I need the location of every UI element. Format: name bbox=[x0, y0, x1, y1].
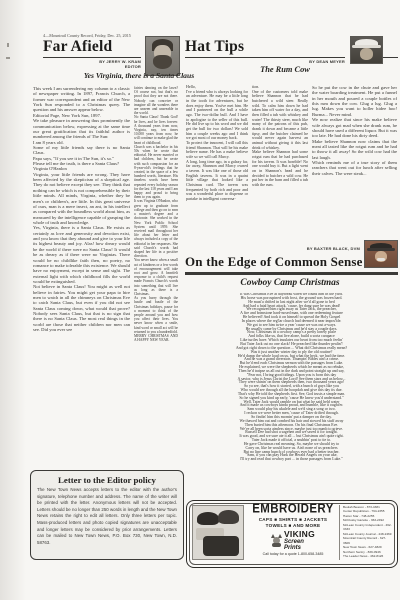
cap-detail bbox=[218, 510, 239, 524]
caps-product-photo bbox=[192, 505, 244, 560]
yes-virginia-headline: Yes Virginia, there is a Santa Claus bbox=[40, 71, 238, 80]
scan-mark bbox=[7, 43, 9, 47]
divider bbox=[383, 57, 398, 58]
far-afield-title: Far Afield bbox=[43, 38, 112, 56]
ad-papers-list: Beulah Beacon - 873-4381 Center Republic… bbox=[339, 505, 393, 560]
poem-title: Cowboy Camp Christmas bbox=[185, 278, 395, 288]
letters-policy-body: The New Town News accepts letters to the… bbox=[37, 487, 177, 546]
body-detail bbox=[272, 543, 281, 547]
ad-products-line1: CAPS ■ SHIRTS ■ JACKETS bbox=[245, 517, 341, 522]
divider bbox=[185, 272, 398, 275]
kram-byline-role: EDITOR bbox=[43, 64, 141, 69]
letters-policy-title: Letter to the Editor policy bbox=[35, 475, 179, 485]
yes-virginia-column-2: fairies dancing on the lawn? Of course n… bbox=[134, 86, 178, 464]
divider bbox=[185, 57, 345, 58]
ad-center-block: EMBROIDERY CAPS ■ SHIRTS ■ JACKETS TOWEL… bbox=[245, 503, 341, 556]
cap-detail bbox=[197, 512, 219, 525]
meyer-byline: BY DEAN MEYER bbox=[185, 59, 345, 64]
rum-cow-column-2: tion. One of the customers told make bel… bbox=[252, 85, 308, 246]
photo-detail bbox=[153, 55, 172, 69]
rum-cow-column-1: Hello, I've a friend who is always looki… bbox=[186, 85, 248, 246]
common-sense-title: On the Edge of Common Sense bbox=[185, 254, 385, 270]
bag-detail bbox=[203, 536, 239, 556]
viking-brand: VIKING bbox=[284, 530, 315, 539]
ad-phone-cta: Call today for a quote 1-800-658-3485 bbox=[245, 552, 341, 556]
rum-cow-headline: The Rum Cow bbox=[225, 65, 345, 74]
kram-headshot-photo bbox=[145, 36, 180, 76]
viking-brand-text: VIKING Screen Prints bbox=[284, 530, 315, 551]
photo-detail bbox=[360, 48, 373, 60]
poem-body: It was Christmas Eve at daybreak when we… bbox=[185, 293, 398, 469]
rum-cow-column-3: So he put the cow in the chute and gave … bbox=[312, 85, 397, 246]
letters-policy-box: Letter to the Editor policy The New Town… bbox=[30, 470, 184, 560]
embroidery-ad: EMBROIDERY CAPS ■ SHIRTS ■ JACKETS TOWEL… bbox=[186, 500, 398, 568]
meyer-headshot-photo bbox=[350, 36, 383, 64]
ad-products-line2: TOWELS ■ AND MORE bbox=[245, 523, 341, 528]
yes-virginia-column-1: This week I am surrendering my column to… bbox=[33, 86, 130, 458]
divider bbox=[43, 57, 141, 58]
viking-brand-sub: Screen Prints bbox=[284, 539, 315, 551]
hat-tips-title: Hat Tips bbox=[185, 38, 244, 56]
viking-brand-row: VIKING Screen Prints bbox=[245, 530, 341, 551]
scan-mark bbox=[6, 57, 10, 59]
viking-mascot-icon bbox=[271, 534, 282, 547]
black-byline: BY BAXTER BLACK, DVM bbox=[200, 246, 360, 251]
newspaper-page: 4—Mountrail County Record, Friday, Dec. … bbox=[0, 0, 400, 600]
ad-headline: EMBROIDERY bbox=[245, 502, 341, 516]
